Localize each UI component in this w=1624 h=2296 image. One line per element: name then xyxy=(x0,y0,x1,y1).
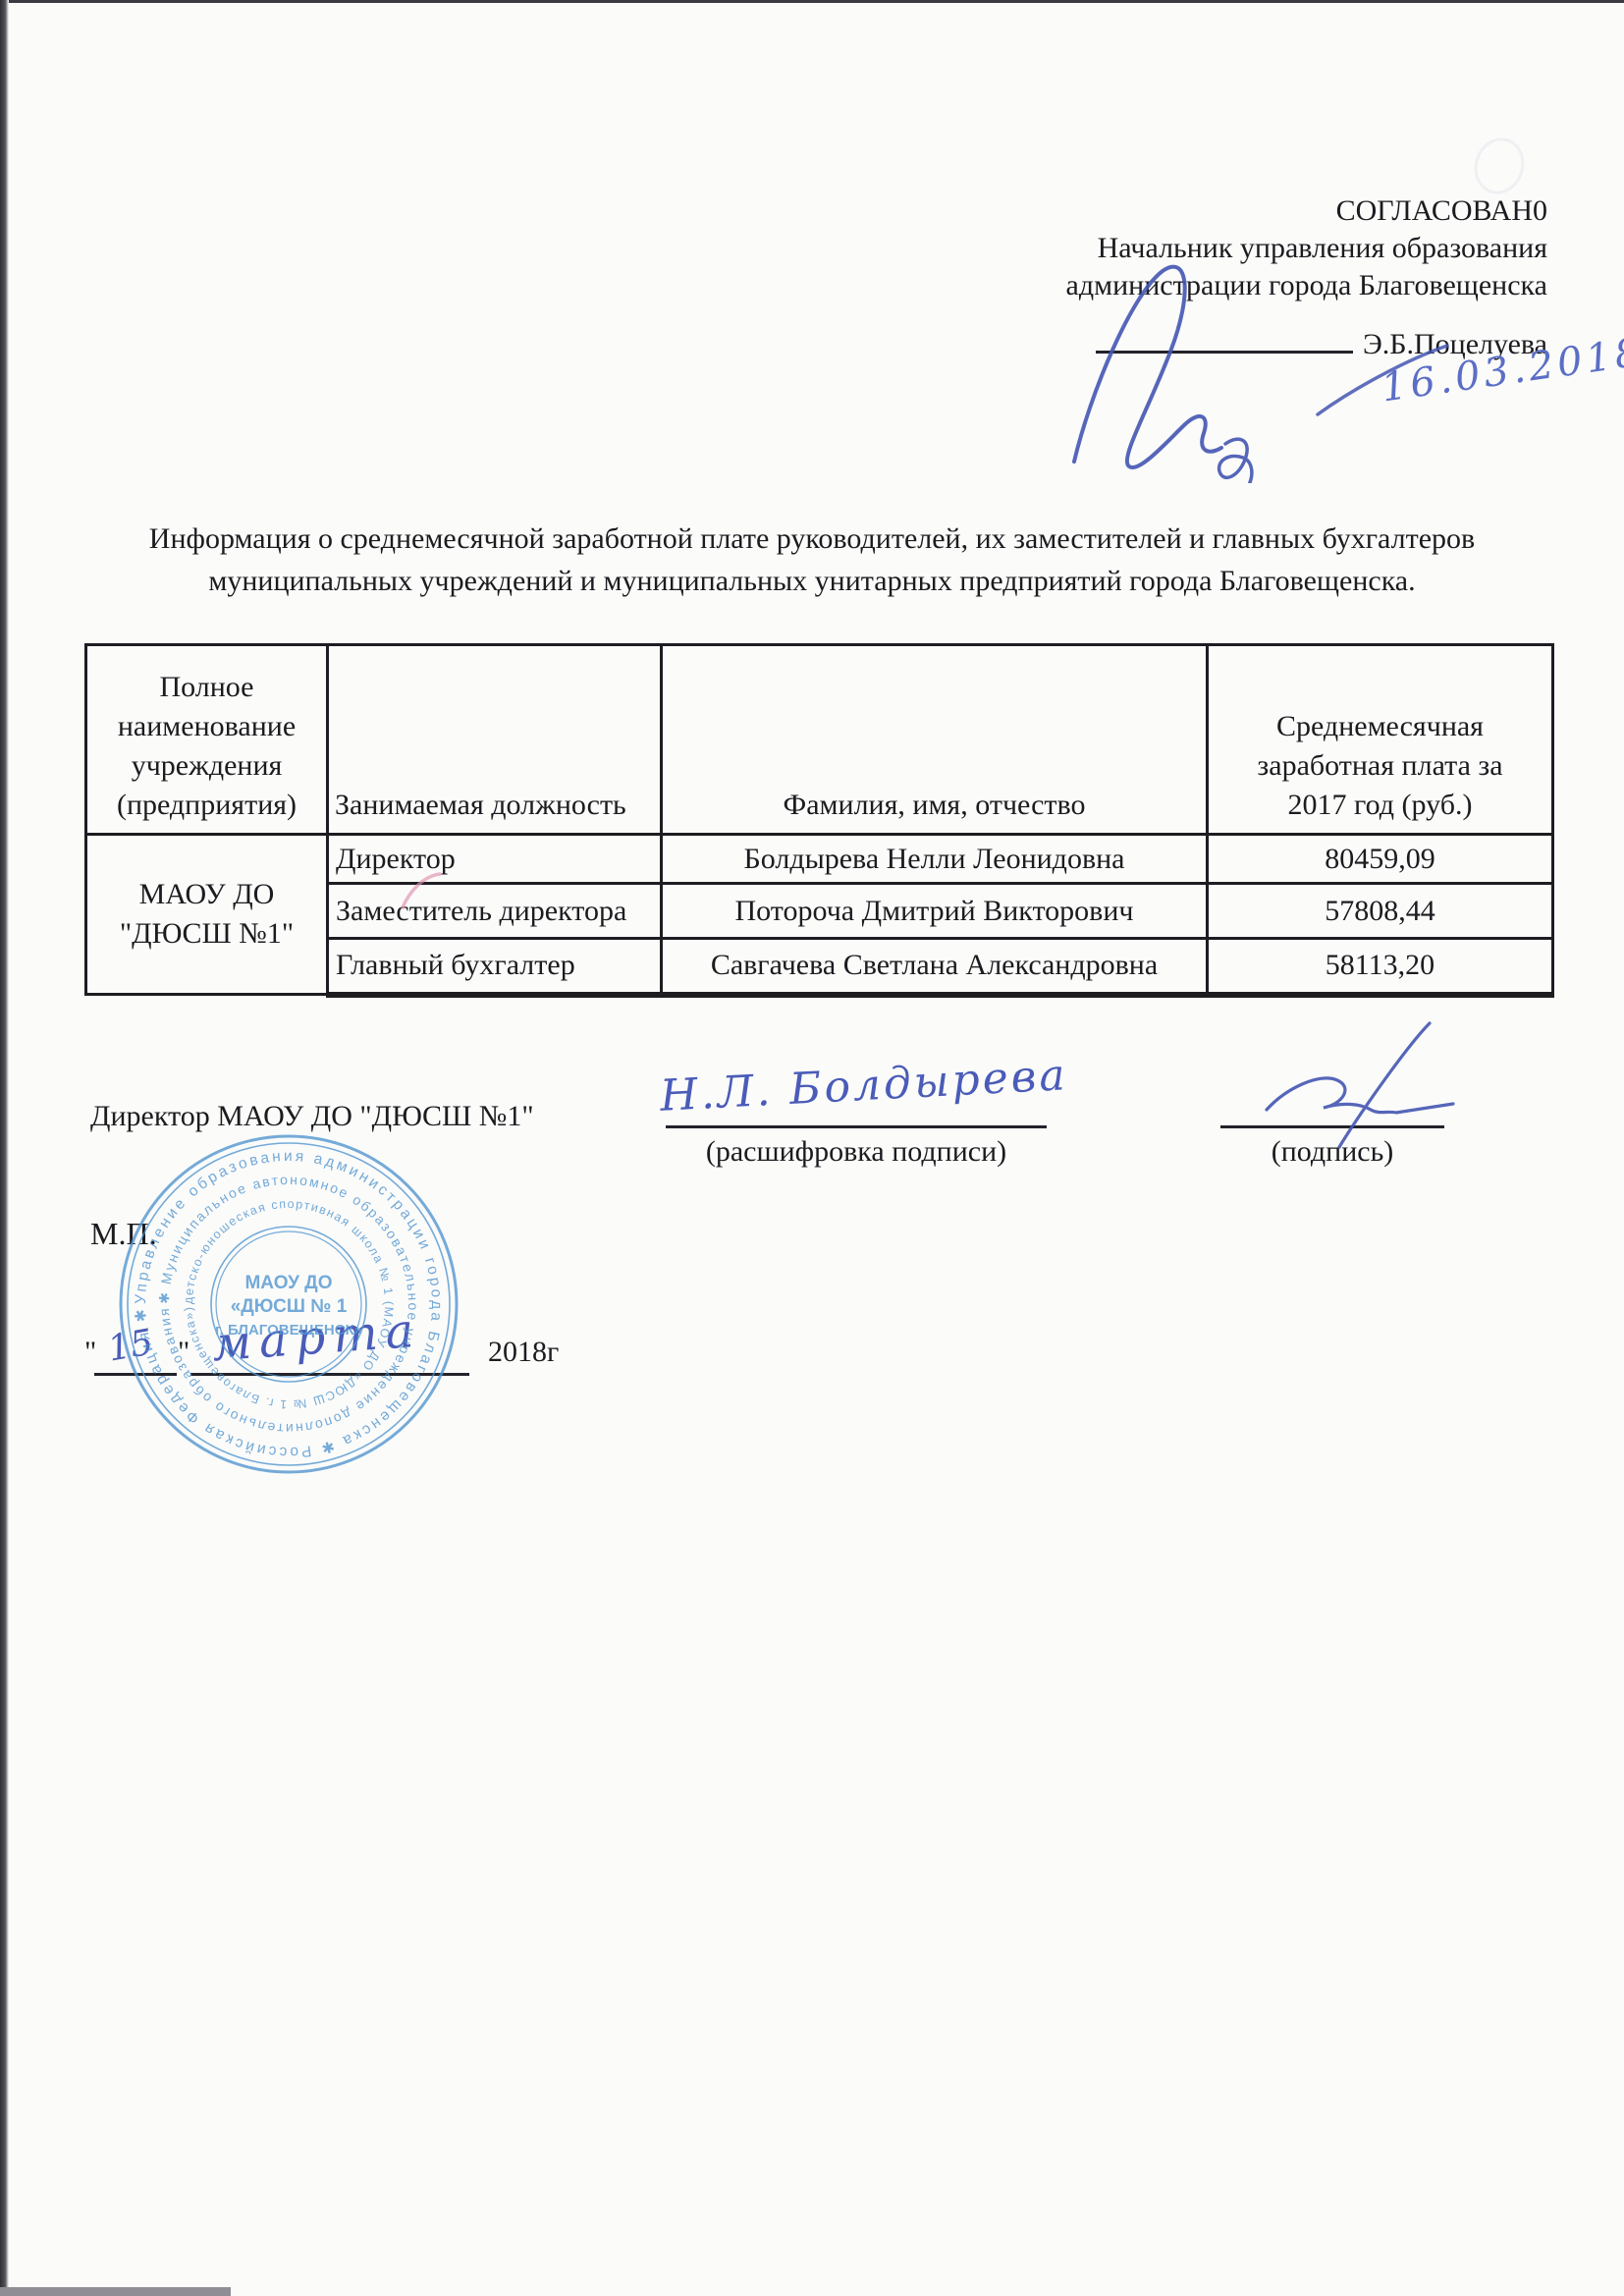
table-row: МАОУ ДО "ДЮСШ №1" Директор Болдырева Нел… xyxy=(86,835,1553,884)
salary-table: Полное наименование учреждения (предприя… xyxy=(84,643,1554,998)
pen-mark xyxy=(397,870,456,914)
scan-edge-top xyxy=(0,0,1624,3)
cell-fullname: Болдырева Нелли Леонидовна xyxy=(662,835,1208,884)
date-year: 2018г xyxy=(488,1336,559,1369)
cell-salary: 57808,44 xyxy=(1208,884,1553,939)
document-title-line1: Информация о среднемесячной заработной п… xyxy=(0,518,1624,560)
cell-fullname: Савгачева Светлана Александровна xyxy=(662,939,1208,995)
transcript-signature-line xyxy=(666,1125,1047,1128)
header-position: Занимаемая должность xyxy=(328,645,662,835)
header-fullname: Фамилия, имя, отчество xyxy=(662,645,1208,835)
scan-edge-bottom xyxy=(0,2287,231,2296)
round-stamp: Управление образования администрации гор… xyxy=(116,1131,461,1477)
stamp-center-line1: МАОУ ДО xyxy=(244,1273,332,1293)
transcript-label: (расшифровка подписи) xyxy=(666,1135,1047,1169)
cell-salary: 80459,09 xyxy=(1208,835,1553,884)
cell-salary: 58113,20 xyxy=(1208,939,1553,995)
date-open-quote: " xyxy=(84,1336,96,1369)
cell-position: Заместитель директора xyxy=(328,884,662,939)
cell-position: Директор xyxy=(328,835,662,884)
scanned-document-page: СОГЛАСОВАН0 Начальник управления образов… xyxy=(0,0,1624,2296)
stamp-center-line2: «ДЮСШ № 1 xyxy=(231,1296,348,1317)
stamp-center-line3: г. БЛАГОВЕЩЕНСК» xyxy=(215,1322,362,1339)
document-title-line2: муниципальных учреждений и муниципальных… xyxy=(0,560,1624,602)
scan-edge-left xyxy=(0,0,9,2296)
signer-title: Директор МАОУ ДО "ДЮСШ №1" xyxy=(90,1100,534,1133)
approver-signature-scribble xyxy=(1033,247,1308,483)
scan-artifact xyxy=(1467,132,1531,201)
cell-institution: МАОУ ДО "ДЮСШ №1" xyxy=(86,835,328,995)
table-header-row: Полное наименование учреждения (предприя… xyxy=(86,645,1553,835)
handwritten-signer-name: Н.Л. Болдырева xyxy=(659,1050,1069,1121)
approval-status: СОГЛАСОВАН0 xyxy=(1066,192,1547,230)
document-title: Информация о среднемесячной заработной п… xyxy=(0,518,1624,602)
header-salary: Среднемесячная заработная плата за 2017 … xyxy=(1208,645,1553,835)
director-signature-scribble xyxy=(1259,1017,1455,1150)
cell-position: Главный бухгалтер xyxy=(328,939,662,995)
header-institution: Полное наименование учреждения (предприя… xyxy=(86,645,328,835)
cell-fullname: Потороча Дмитрий Викторович xyxy=(662,884,1208,939)
